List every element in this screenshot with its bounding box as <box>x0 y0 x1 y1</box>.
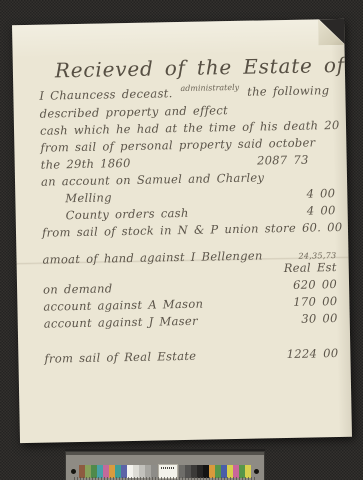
line-text: from sail of stock in N & P union store <box>42 220 296 242</box>
line-text: on demand <box>43 280 113 298</box>
line-amount: 60. 00 <box>302 219 343 237</box>
line-text: the 29th 1860 <box>41 155 131 174</box>
inserted-figures: 24,35,73 <box>283 252 336 260</box>
line-amount: 620 00 <box>293 276 337 294</box>
document-heading: Recieved of the Estate of <box>55 53 333 82</box>
line-text: Melling <box>65 189 112 207</box>
photo-backdrop: Recieved of the Estate of I Chauncess de… <box>0 0 363 480</box>
line-amount: 1224 00 <box>287 345 339 363</box>
line-amount: 4 00 <box>306 185 335 203</box>
line-text: from sail of Real Estate <box>44 348 196 368</box>
color-calibration-bar <box>66 452 264 480</box>
line-text: the following <box>247 83 329 99</box>
document-line: from sail of Real Estate1224 00 <box>44 345 338 368</box>
line-amount: 24,35,73Real Est <box>283 252 336 277</box>
line-amount: 2087 73 <box>257 152 309 170</box>
handwritten-receipt: Recieved of the Estate of I Chauncess de… <box>12 19 352 443</box>
bar-right-dot <box>254 469 259 474</box>
line-text: account against J Maser <box>44 313 198 333</box>
line-amount: 30 00 <box>301 310 338 328</box>
line-amount: 4 00 <box>307 202 336 220</box>
line-amount: 170 00 <box>293 293 337 311</box>
receipt-entries: cash which he had at the time of his dea… <box>40 117 339 368</box>
line-text: I Chauncess deceast. <box>39 86 172 103</box>
bar-left-dot <box>71 469 76 474</box>
line-text: amoat of hand against I Bellengen <box>42 247 262 268</box>
line-amount: 20 00 <box>324 117 352 135</box>
inserted-word: administrately <box>180 83 239 93</box>
